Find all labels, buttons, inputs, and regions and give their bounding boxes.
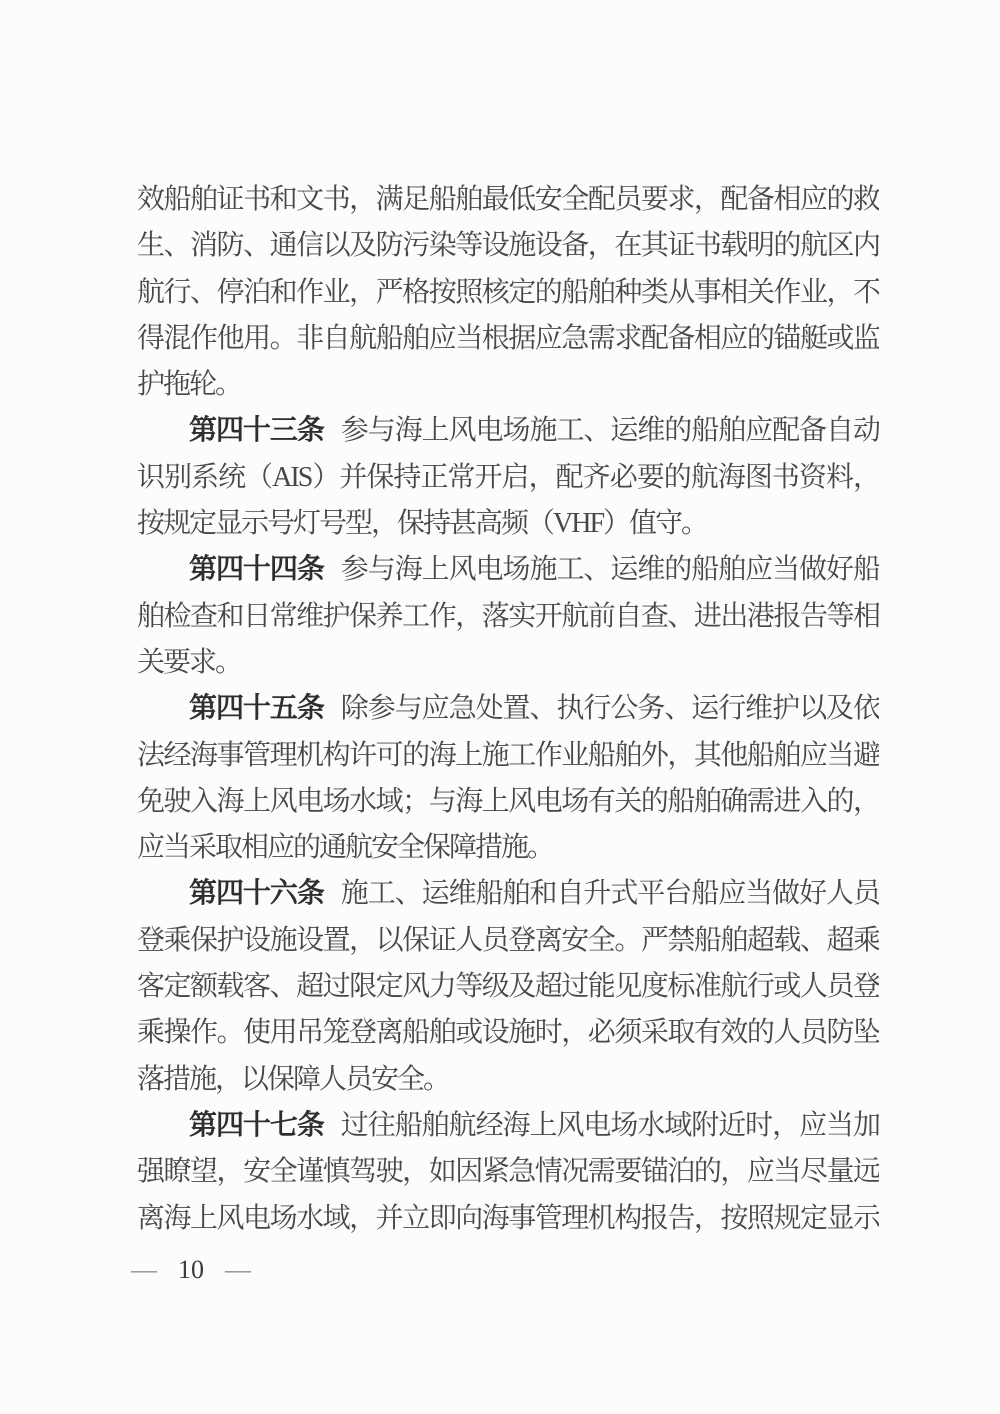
article-number: 第四十五条 [189, 693, 324, 724]
line-text: 舶检查和日常维护保养工作，落实开航前自查、进出港报告等相 [137, 601, 879, 632]
line-text: 参与海上风电场施工、运维的船舶应当做好船 [341, 554, 879, 585]
line-text: 乘操作。使用吊笼登离船舶或设施时，必须采取有效的人员防坠 [137, 1017, 879, 1048]
document-text: 效船舶证书和文书，满足船舶最低安全配员要求，配备相应的救生、消防、通信以及防污染… [137, 177, 879, 1242]
text-line: 第四十七条过往船舶航经海上风电场水域附近时，应当加 [137, 1103, 879, 1149]
text-line: 第四十五条除参与应急处置、执行公务、运行维护以及依 [137, 686, 879, 732]
line-text: 法经海事管理机构许可的海上施工作业船舶外，其他船舶应当避 [137, 740, 879, 771]
text-line: 强瞭望，安全谨慎驾驶，如因紧急情况需要锚泊的，应当尽量远 [137, 1149, 879, 1195]
text-line: 离海上风电场水域，并立即向海事管理机构报告，按照规定显示 [137, 1196, 879, 1242]
text-line: 客定额载客、超过限定风力等级及超过能见度标准航行或人员登 [137, 964, 879, 1010]
article-number: 第四十七条 [189, 1110, 324, 1141]
line-text: 得混作他用。非自航船舶应当根据应急需求配备相应的锚艇或监 [137, 323, 879, 354]
line-text: 登乘保护设施设置，以保证人员登离安全。严禁船舶超载、超乘 [137, 925, 879, 956]
text-line: 得混作他用。非自航船舶应当根据应急需求配备相应的锚艇或监 [137, 316, 879, 362]
text-line: 生、消防、通信以及防污染等设施设备，在其证书载明的航区内 [137, 223, 879, 269]
line-text: 应当采取相应的通航安全保障措施。 [137, 832, 553, 863]
line-text: 生、消防、通信以及防污染等设施设备，在其证书载明的航区内 [137, 230, 879, 261]
line-text: 参与海上风电场施工、运维的船舶应配备自动 [341, 415, 879, 446]
line-text: 按规定显示号灯号型，保持甚高频（VHF）值守。 [137, 508, 707, 539]
line-text: 免驶入海上风电场水域；与海上风电场有关的船舶确需进入的， [137, 786, 879, 817]
text-line: 免驶入海上风电场水域；与海上风电场有关的船舶确需进入的， [137, 779, 879, 825]
text-line: 落措施，以保障人员安全。 [137, 1057, 879, 1103]
line-text: 关要求。 [137, 647, 241, 678]
text-line: 效船舶证书和文书，满足船舶最低安全配员要求，配备相应的救 [137, 177, 879, 223]
footer-dash-left: — [131, 1255, 157, 1284]
text-line: 第四十四条参与海上风电场施工、运维的船舶应当做好船 [137, 547, 879, 593]
article-number: 第四十四条 [189, 554, 324, 585]
page-footer: —10— [131, 1254, 251, 1286]
line-text: 效船舶证书和文书，满足船舶最低安全配员要求，配备相应的救 [137, 184, 879, 215]
text-line: 第四十六条施工、运维船舶和自升式平台船应当做好人员 [137, 871, 879, 917]
text-line: 护拖轮。 [137, 362, 879, 408]
text-line: 法经海事管理机构许可的海上施工作业船舶外，其他船舶应当避 [137, 733, 879, 779]
line-text: 落措施，以保障人员安全。 [137, 1064, 449, 1095]
text-line: 登乘保护设施设置，以保证人员登离安全。严禁船舶超载、超乘 [137, 918, 879, 964]
line-text: 识别系统（AIS）并保持正常开启，配齐必要的航海图书资料， [137, 462, 879, 493]
line-text: 护拖轮。 [137, 369, 241, 400]
line-text: 航行、停泊和作业，严格按照核定的船舶种类从事相关作业，不 [137, 277, 879, 308]
text-line: 乘操作。使用吊笼登离船舶或设施时，必须采取有效的人员防坠 [137, 1010, 879, 1056]
text-line: 应当采取相应的通航安全保障措施。 [137, 825, 879, 871]
page-number: 10 [178, 1254, 204, 1286]
line-text: 客定额载客、超过限定风力等级及超过能见度标准航行或人员登 [137, 971, 879, 1002]
text-line: 按规定显示号灯号型，保持甚高频（VHF）值守。 [137, 501, 879, 547]
article-number: 第四十三条 [189, 415, 324, 446]
line-text: 除参与应急处置、执行公务、运行维护以及依 [341, 693, 879, 724]
line-text: 离海上风电场水域，并立即向海事管理机构报告，按照规定显示 [137, 1203, 879, 1234]
text-line: 识别系统（AIS）并保持正常开启，配齐必要的航海图书资料， [137, 455, 879, 501]
article-number: 第四十六条 [189, 878, 324, 909]
text-line: 舶检查和日常维护保养工作，落实开航前自查、进出港报告等相 [137, 594, 879, 640]
text-line: 航行、停泊和作业，严格按照核定的船舶种类从事相关作业，不 [137, 270, 879, 316]
footer-dash-right: — [225, 1255, 251, 1284]
line-text: 施工、运维船舶和自升式平台船应当做好人员 [341, 878, 879, 909]
line-text: 过往船舶航经海上风电场水域附近时，应当加 [341, 1110, 879, 1141]
text-line: 关要求。 [137, 640, 879, 686]
document-page: 效船舶证书和文书，满足船舶最低安全配员要求，配备相应的救生、消防、通信以及防污染… [0, 0, 1000, 1414]
line-text: 强瞭望，安全谨慎驾驶，如因紧急情况需要锚泊的，应当尽量远 [137, 1156, 879, 1187]
text-line: 第四十三条参与海上风电场施工、运维的船舶应配备自动 [137, 408, 879, 454]
